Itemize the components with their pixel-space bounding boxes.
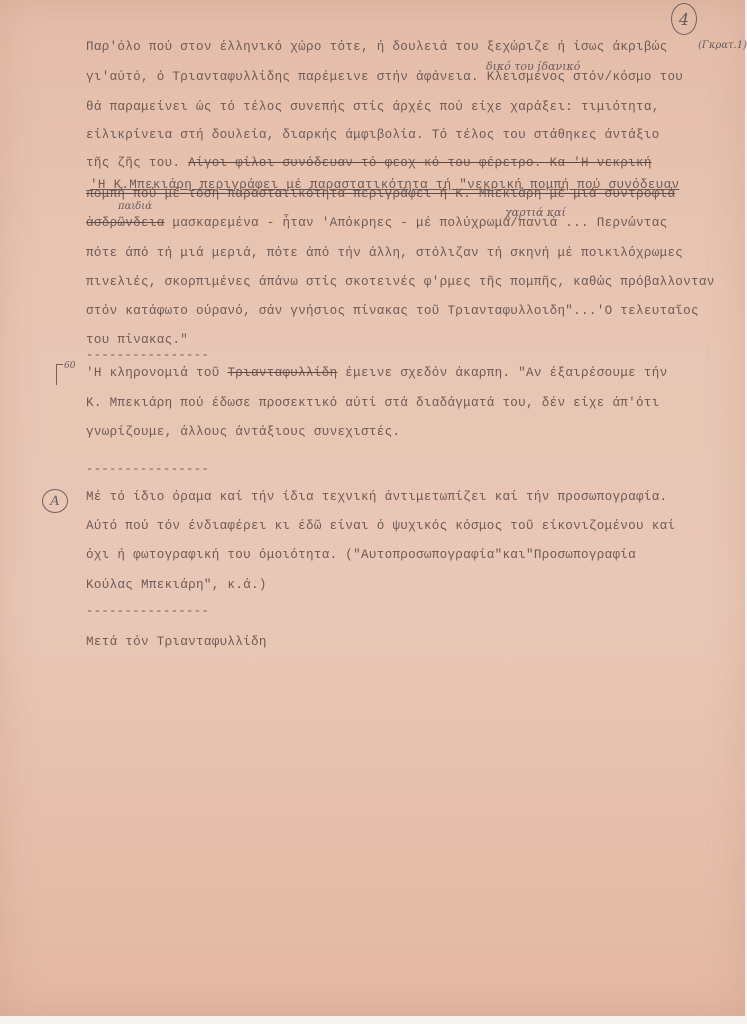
text: γι'αύτό, ό Τριανταφυλλίδης παρέμεινε στή… xyxy=(86,70,683,84)
text: θά παραμείνει ώς τό τέλος συνεπής στίς ά… xyxy=(86,100,660,114)
p3-line-4: Κούλας Μπεκιάρη", κ.ά.) xyxy=(86,578,267,592)
text: Μέ τό ίδιο όραμα καί τήν ίδια τεχνική άν… xyxy=(86,490,667,504)
text: γνωρίζουμε, άλλους άντάξιους συνεχιστές. xyxy=(86,425,400,439)
p1-line-10: στόν κατάφωτο ούρανό, σάν γνήσιος πίνακα… xyxy=(86,304,699,318)
text: τῆς ζῆς του. xyxy=(86,156,180,170)
text: στόν κατάφωτο ούρανό, σάν γνήσιος πίνακα… xyxy=(86,304,699,318)
p2-line-2: Κ. Μπεκιάρη πού έδωσε προσεκτικό αύτί στ… xyxy=(86,396,660,410)
hand-insert: παιδιά xyxy=(118,201,152,212)
text: Μετά τόν Τριανταφυλλίδη xyxy=(86,635,267,649)
struck-text: Λίγοι φίλοι συνόδευαν τό φεοχ-κό του φέρ… xyxy=(188,156,652,170)
margin-note: (Γκρατ.1) xyxy=(698,40,747,51)
p1-struck-line: πομπή πού μέ τόση παραστατικότητα περιγρ… xyxy=(86,187,675,201)
text: είλικρίνεια στή δουλεία, διαρκής άμφιβολ… xyxy=(86,128,660,142)
text: όχι ή φωτογραφική του όμοιότητα. ("Αυτοπ… xyxy=(86,548,636,562)
p3-line-2: Αύτό πού τόν ένδιαφέρει κι έδῶ είναι ό ψ… xyxy=(86,519,675,533)
margin-mark-circled: A xyxy=(42,489,68,513)
text: πομπή πού μέ τόση παραστατικότητα περιγρ… xyxy=(86,187,675,201)
p1-line-9: πινελιές, σκορπιμένες άπάνω στίς σκοτειν… xyxy=(86,275,715,289)
p4-line-1: Μετά τόν Τριανταφυλλίδη xyxy=(86,635,267,649)
text: Αύτό πού τόν ένδιαφέρει κι έδῶ είναι ό ψ… xyxy=(86,519,675,533)
p3-line-1: Μέ τό ίδιο όραμα καί τήν ίδια τεχνική άν… xyxy=(86,490,667,504)
text: του πίνακας." xyxy=(86,333,188,347)
separator: ---------------- xyxy=(86,604,209,618)
struck-text: Τριανταφυλλίδη xyxy=(227,366,337,380)
page-number-circled: 4 xyxy=(671,3,697,35)
text: 'Η κληρονομιά τοῦ xyxy=(86,366,227,380)
p1-line-4: είλικρίνεια στή δουλεία, διαρκής άμφιβολ… xyxy=(86,128,660,142)
p2-line-3: γνωρίζουμε, άλλους άντάξιους συνεχιστές. xyxy=(86,425,400,439)
text: Κ. Μπεκιάρη πού έδωσε προσεκτικό αύτί στ… xyxy=(86,396,660,410)
p3-line-3: όχι ή φωτογραφική του όμοιότητα. ("Αυτοπ… xyxy=(86,548,636,562)
p1-line-3: θά παραμείνει ώς τό τέλος συνεπής στίς ά… xyxy=(86,100,660,114)
text: έμεινε σχεδόν άκαρπη. "Αν έξαιρέσουμε τή… xyxy=(337,366,667,380)
p1-line-7: ἀσδρῶνδεια μασκαρεμένα - ἦταν 'Απόκρηες … xyxy=(86,216,667,230)
typewritten-page: 4 Παρ'όλο πού στον έλληνικό χώρο τότε, ή… xyxy=(0,0,745,1016)
separator: ---------------- xyxy=(86,348,209,362)
text: πότε άπό τή μιά μεριά, πότε άπό τήν άλλη… xyxy=(86,246,683,260)
margin-bracket xyxy=(56,364,63,385)
text: Παρ'όλο πού στον έλληνικό χώρο τότε, ή δ… xyxy=(86,40,667,54)
p2-line-1: 'Η κληρονομιά τοῦ Τριανταφυλλίδη έμεινε … xyxy=(86,366,667,380)
text: πινελιές, σκορπιμένες άπάνω στίς σκοτειν… xyxy=(86,275,715,289)
p1-line-1: Παρ'όλο πού στον έλληνικό χώρο τότε, ή δ… xyxy=(86,40,667,54)
p1-line-8: πότε άπό τή μιά μεριά, πότε άπό τήν άλλη… xyxy=(86,246,683,260)
text: Κούλας Μπεκιάρη", κ.ά.) xyxy=(86,578,267,592)
margin-mark: 60 xyxy=(64,361,75,371)
p1-line-5: τῆς ζῆς του. Λίγοι φίλοι συνόδευαν τό φε… xyxy=(86,156,652,170)
text: μασκαρεμένα - ἦταν 'Απόκρηες - μέ πολύχρ… xyxy=(165,216,668,230)
separator: ---------------- xyxy=(86,462,209,476)
struck-text: ἀσδρῶνδεια xyxy=(86,216,165,230)
p1-line-11: του πίνακας." xyxy=(86,333,188,347)
p1-line-2: γι'αύτό, ό Τριανταφυλλίδης παρέμεινε στή… xyxy=(86,70,683,84)
